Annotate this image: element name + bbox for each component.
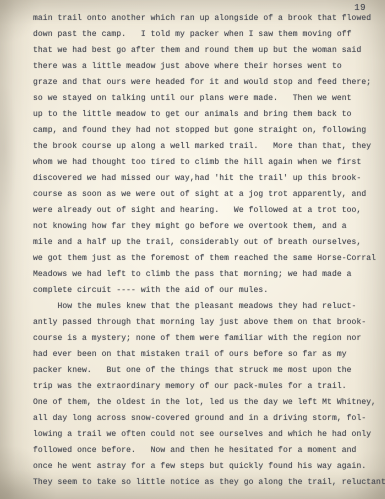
text-line: antly passed through that morning lay ju… bbox=[33, 315, 381, 331]
text-line: down past the camp. I told my packer whe… bbox=[33, 27, 381, 43]
document-page: 19 main trail onto another which ran up … bbox=[0, 0, 385, 499]
text-line: complete circuit ---- with the aid of ou… bbox=[33, 283, 381, 299]
text-line: mile and a half up the trail, considerab… bbox=[33, 235, 381, 251]
text-line: course is a mystery; none of them were f… bbox=[33, 331, 381, 347]
text-line: the brook course up along a well marked … bbox=[33, 139, 381, 155]
text-line: camp, and found they had not stopped but… bbox=[33, 123, 381, 139]
text-line: not knowing how far they might go before… bbox=[33, 219, 381, 235]
text-line: They seem to take so little notice as th… bbox=[33, 475, 381, 491]
text-line: we got them just as the foremost of them… bbox=[33, 251, 381, 267]
text-line: all day long across snow-covered ground … bbox=[33, 411, 381, 427]
text-line: whom we had thought too tired to climb t… bbox=[33, 155, 381, 171]
text-line: How the mules knew that the pleasant mea… bbox=[33, 299, 381, 315]
text-line: followed once before. Now and then he he… bbox=[33, 443, 381, 459]
text-line: were already out of sight and hearing. W… bbox=[33, 203, 381, 219]
text-line: so we stayed on talking until our plans … bbox=[33, 91, 381, 107]
text-line: lowing a trail we often could not see ou… bbox=[33, 427, 381, 443]
text-line: Meadows we had left to climb the pass th… bbox=[33, 267, 381, 283]
text-line: that we had best go after them and round… bbox=[33, 43, 381, 59]
text-line: had ever been on that mistaken trail of … bbox=[33, 347, 381, 363]
text-line: trip was the extraordinary memory of our… bbox=[33, 379, 381, 395]
text-line: packer knew. But one of the things that … bbox=[33, 363, 381, 379]
text-line: One of them, the oldest in the lot, led … bbox=[33, 395, 381, 411]
text-line: there was a little meadow just above whe… bbox=[33, 59, 381, 75]
text-line: discovered we had missed our way,had 'hi… bbox=[33, 171, 381, 187]
text-line: once he went astray for a few steps but … bbox=[33, 459, 381, 475]
text-line: course as soon as we were out of sight a… bbox=[33, 187, 381, 203]
text-line: up to the little meadow to get our anima… bbox=[33, 107, 381, 123]
text-line: main trail onto another which ran up alo… bbox=[33, 11, 381, 27]
page-text: main trail onto another which ran up alo… bbox=[33, 11, 381, 491]
text-line: graze and that ours were headed for it a… bbox=[33, 75, 381, 91]
